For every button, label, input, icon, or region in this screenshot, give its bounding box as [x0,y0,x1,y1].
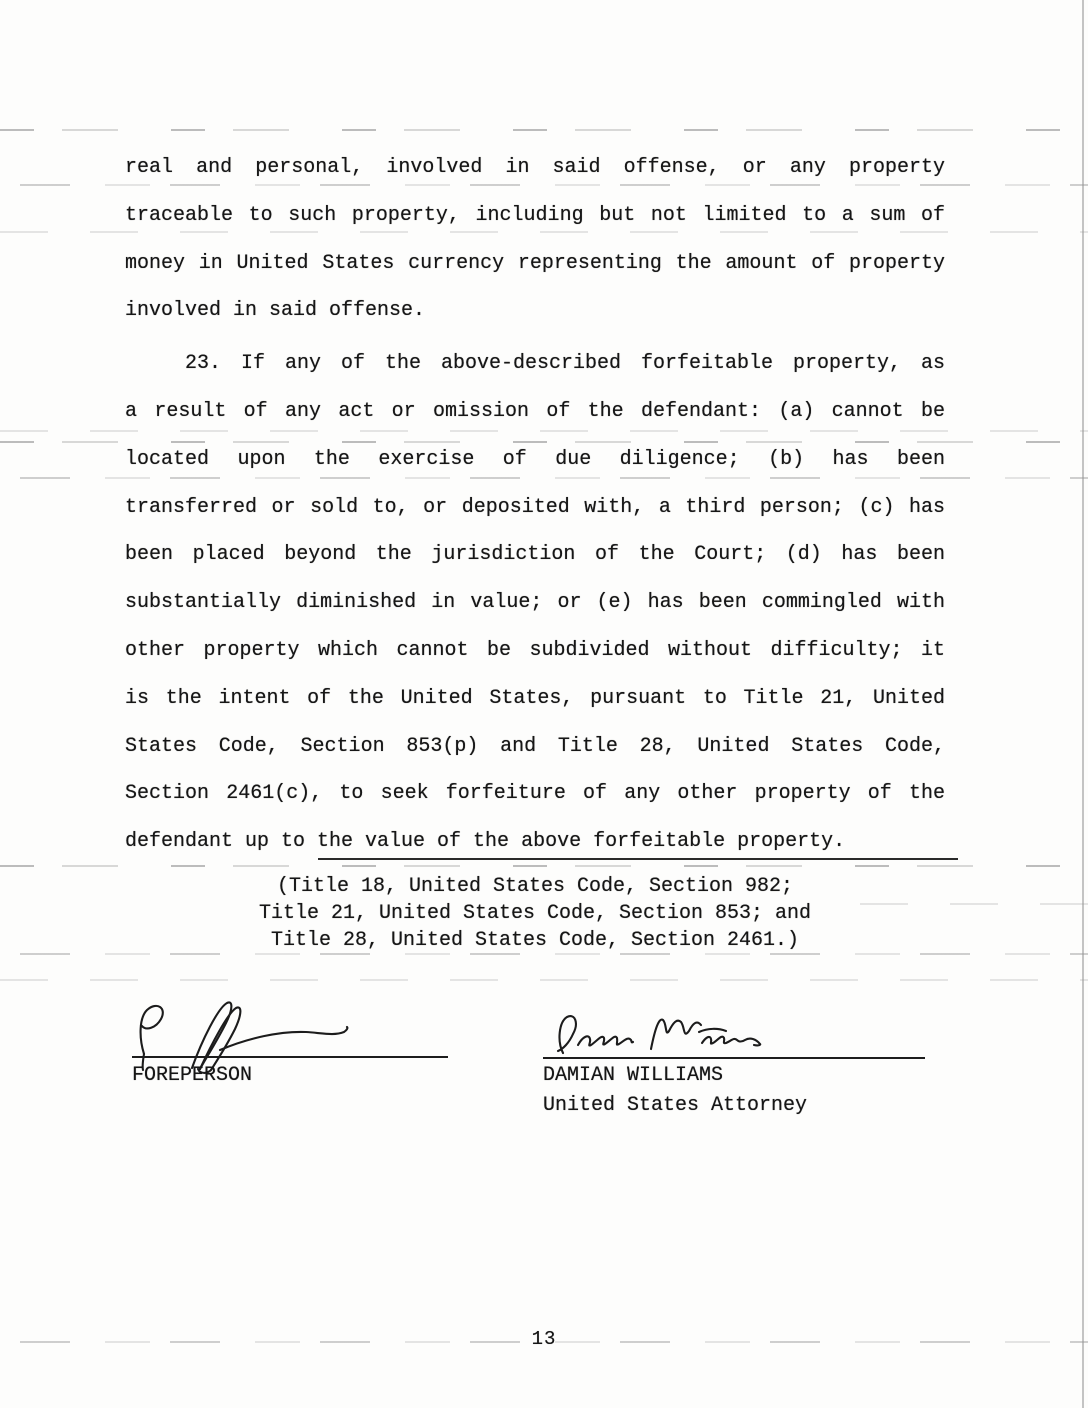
page-number: 13 [0,1328,1088,1350]
body-line: been placed beyond the jurisdiction of t… [125,531,945,579]
citation-line: Title 28, United States Code, Section 24… [125,928,945,955]
body-line: transferred or sold to, or deposited wit… [125,484,945,532]
body-line: involved in said offense. [125,287,945,335]
attorney-title: United States Attorney [543,1092,807,1119]
body-line: States Code, Section 853(p) and Title 28… [125,723,945,771]
body-line: traceable to such property, including bu… [125,192,945,240]
final-line-underline [318,858,958,860]
citation-line: (Title 18, United States Code, Section 9… [125,874,945,901]
body-line: 23. If any of the above-described forfei… [125,340,945,388]
attorney-signature-line [543,1057,925,1059]
statute-citation: (Title 18, United States Code, Section 9… [125,874,945,955]
body-line: money in United States currency represen… [125,240,945,288]
body-line: is the intent of the United States, purs… [125,675,945,723]
body-line: Section 2461(c), to seek forfeiture of a… [125,770,945,818]
scan-artifact [0,129,1088,131]
body-line: a result of any act or omission of the d… [125,388,945,436]
scan-artifact-right-edge [1082,0,1084,1408]
foreperson-label: FOREPERSON [132,1062,252,1089]
body-line-text: defendant up to [125,830,317,853]
body-line: other property which cannot be subdivide… [125,627,945,675]
attorney-signature [550,1012,766,1060]
citation-line: Title 21, United States Code, Section 85… [125,901,945,928]
body-line: substantially diminished in value; or (e… [125,579,945,627]
body-text: real and personal, involved in said offe… [125,144,945,866]
body-line: real and personal, involved in said offe… [125,144,945,192]
foreperson-signature-line [132,1056,448,1058]
body-line: located upon the exercise of due diligen… [125,436,945,484]
underlined-text: the value of the above forfeitable prope… [317,830,845,853]
scan-artifact [0,979,1088,981]
attorney-name: DAMIAN WILLIAMS [543,1062,723,1089]
document-page: real and personal, involved in said offe… [0,0,1088,1408]
paragraph-23: 23. If any of the above-described forfei… [125,340,945,866]
